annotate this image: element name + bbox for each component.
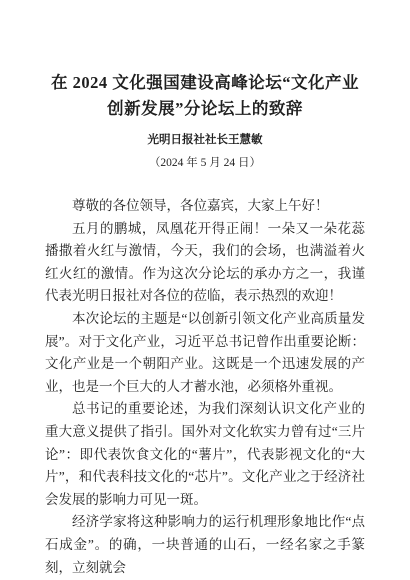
paragraph-three-chips: 总书记的重要论述，为我们深刻认识文化产业的重大意义提供了指引。国外对文化软实力曾…	[45, 398, 365, 511]
paragraph-greeting: 尊敬的各位领导，各位嘉宾，大家上午好！	[45, 195, 365, 218]
document-page: 在 2024 文化强国建设高峰论坛“文化产业创新发展”分论坛上的致辞 光明日报社…	[0, 0, 410, 580]
document-title: 在 2024 文化强国建设高峰论坛“文化产业创新发展”分论坛上的致辞	[45, 70, 365, 122]
document-body: 尊敬的各位领导，各位嘉宾，大家上午好！ 五月的鹏城，凤凰花开得正闹！一朵又一朵花…	[45, 195, 365, 579]
paragraph-welcome: 五月的鹏城，凤凰花开得正闹！一朵又一朵花蕊播撒着火红与激情，今天，我们的会场，也…	[45, 218, 365, 308]
paragraph-forum-theme: 本次论坛的主题是“以创新引领文化产业高质量发展”。对于文化产业，习近平总书记曾作…	[45, 308, 365, 398]
document-author: 光明日报社社长王慧敏	[45, 133, 365, 147]
paragraph-midas-touch: 经济学家将这种影响力的运行机理形象地比作“点石成金”。的确，一块普通的山石，一经…	[45, 511, 365, 579]
document-date: （2024 年 5 月 24 日）	[45, 156, 365, 170]
